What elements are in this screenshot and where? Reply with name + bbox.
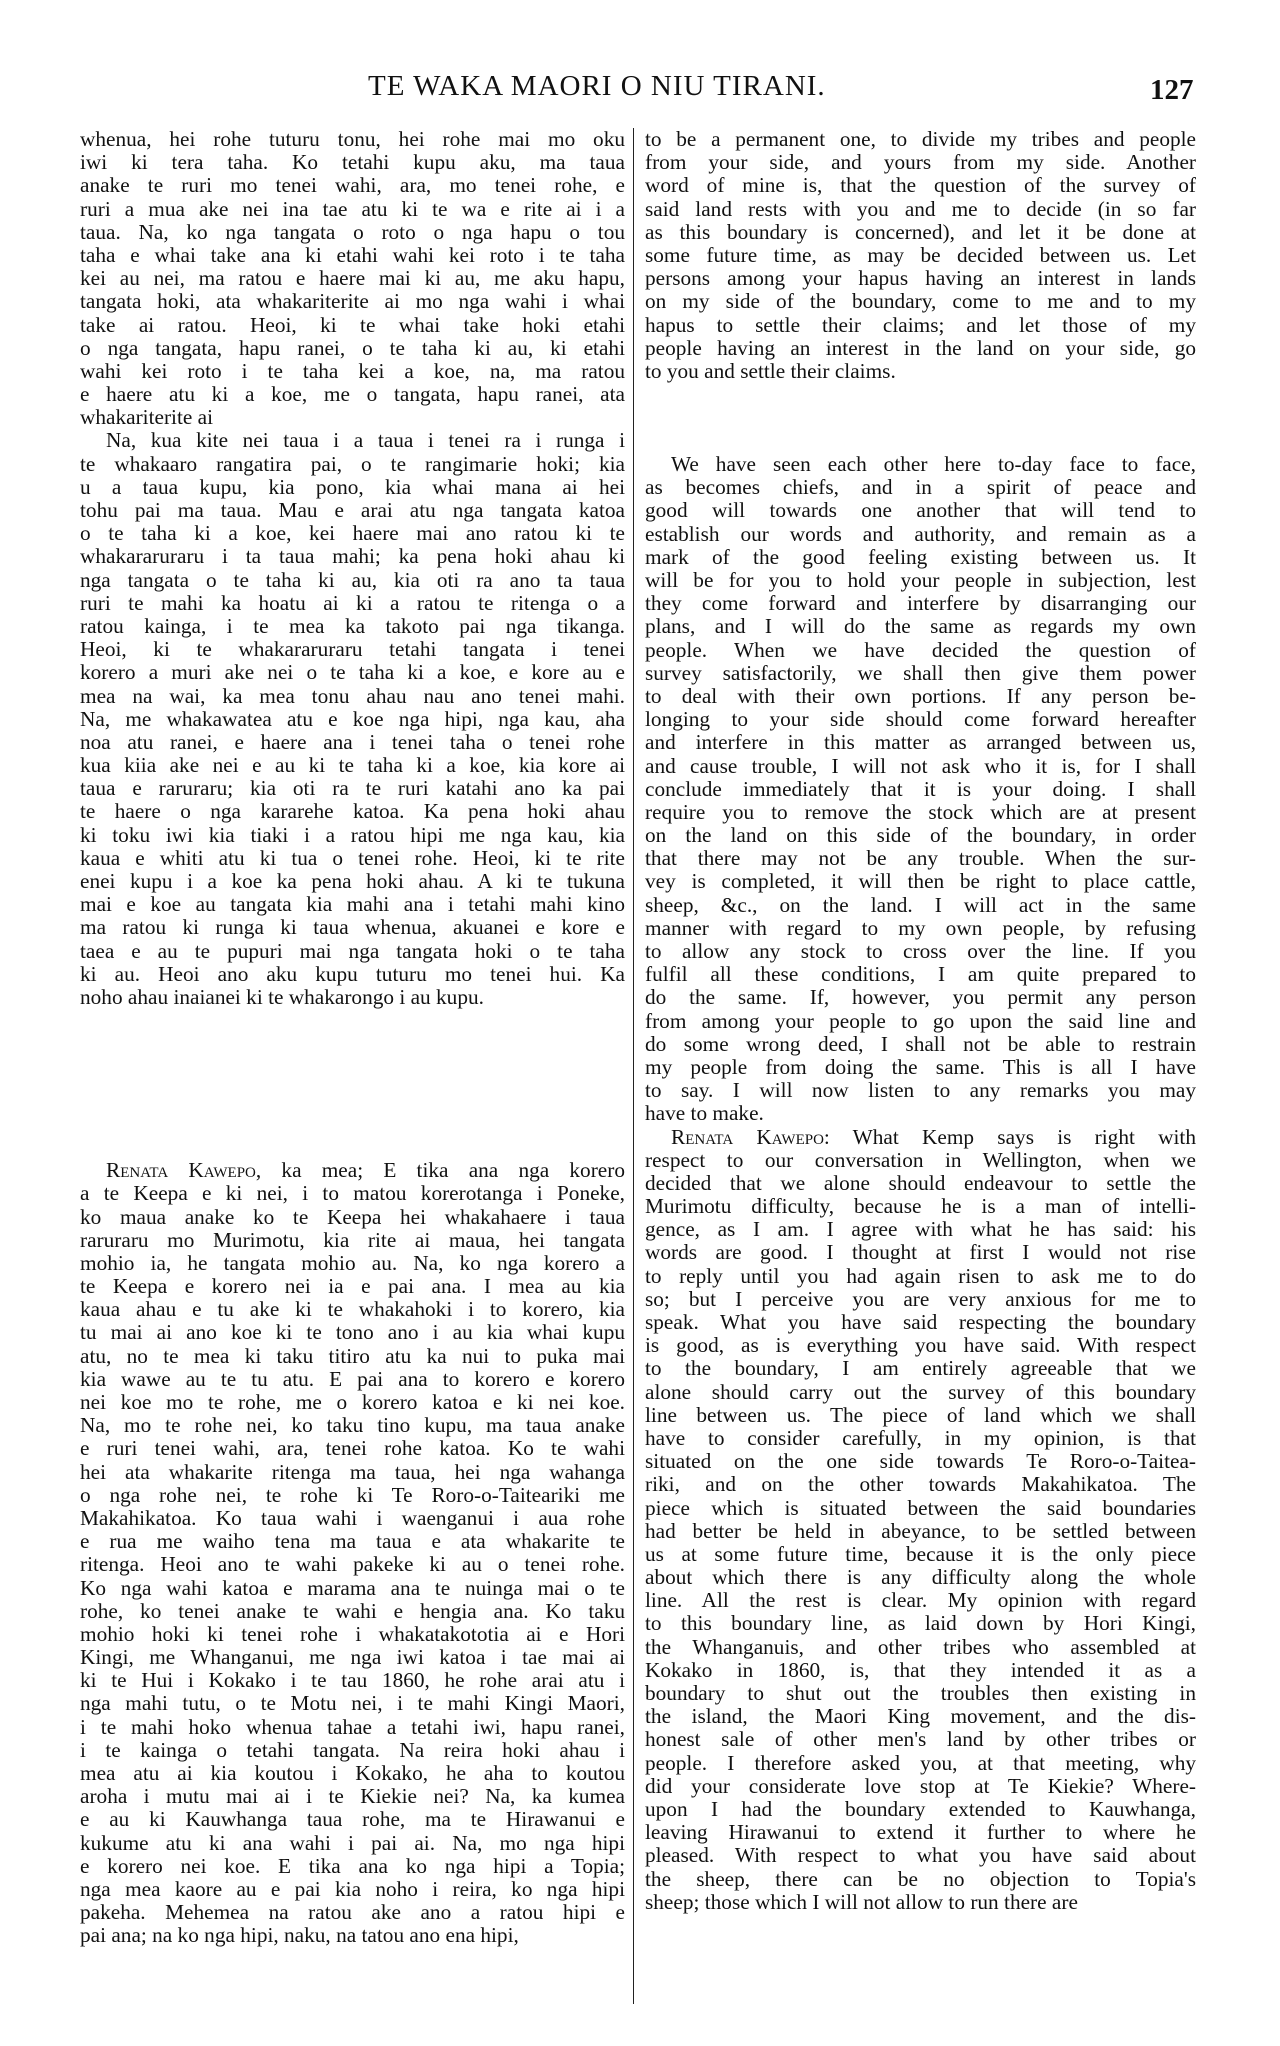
text-line: taea e au te pupuri mai nga tangata hoki… (80, 940, 625, 963)
text-line: noa atu ranei, e haere ana i tenei taha … (80, 731, 625, 754)
text-line: whakariterite ai (80, 406, 625, 429)
text-line: nei koe mo te rohe, me o korero katoa e … (80, 1391, 625, 1414)
text-line: to the boundary, I am entirely agreeable… (645, 1357, 1196, 1380)
text-line: kia wawe au te tu atu. E pai ana to kore… (80, 1368, 625, 1391)
text-line: anake te ruri mo tenei wahi, ara, mo ten… (80, 174, 625, 197)
text-line: ruri a mua ake nei ina tae atu ki te wa … (80, 198, 625, 221)
text-line: mark of the good feeling existing betwee… (645, 546, 1196, 569)
text-line: to deal with their own portions. If any … (645, 685, 1196, 708)
text-line: on my side of the boundary, come to me a… (645, 290, 1196, 313)
text-line: Renata Kawepo: What Kemp says is right w… (645, 1126, 1196, 1149)
text-line: e korero nei koe. E tika ana ko nga hipi… (80, 1855, 625, 1878)
text-line: take ai ratou. Heoi, ki te whai take hok… (80, 314, 625, 337)
text-line: te Keepa e korero nei ia e pai ana. I me… (80, 1275, 625, 1298)
text-line: my people from doing the same. This is a… (645, 1056, 1196, 1079)
text-line: establish our words and authority, and r… (645, 523, 1196, 546)
text-line: i te kainga o tetahi tangata. Na reira h… (80, 1739, 625, 1762)
text-line: the island, the Maori King movement, and… (645, 1705, 1196, 1728)
text-line: situated on the one side towards Te Roro… (645, 1450, 1196, 1473)
text-line: will be for you to hold your people in s… (645, 569, 1196, 592)
text-line: mohio ia, he tangata mohio au. Na, ko ng… (80, 1252, 625, 1275)
text-line: e au ki Kauwhanga taua rohe, ma te Hiraw… (80, 1808, 625, 1831)
text-line: mea atu ai kia koutou i Kokako, he aha t… (80, 1762, 625, 1785)
text-line: that there may not be any trouble. When … (645, 847, 1196, 870)
text-line: We have seen each other here to-day face… (645, 453, 1196, 476)
text-line: hapus to settle their claims; and let th… (645, 314, 1196, 337)
text-line: kaua e whiti atu ki tua o tenei rohe. He… (80, 847, 625, 870)
text-line: ma ratou ki runga ki taua whenua, akuane… (80, 916, 625, 939)
text-line: speak. What you have said respecting the… (645, 1311, 1196, 1334)
text-line: Kokako in 1860, is, that they intended i… (645, 1659, 1196, 1682)
text-line: and cause trouble, I will not ask who it… (645, 755, 1196, 778)
text-line: tohu pai ma taua. Mau e arai atu nga tan… (80, 499, 625, 522)
text-line: kei au nei, ma ratou e haere mai ki au, … (80, 267, 625, 290)
text-line: ki te Hui i Kokako i te tau 1860, he roh… (80, 1669, 625, 1692)
text-line: survey satisfactorily, we shall then giv… (645, 662, 1196, 685)
page-number: 127 (1150, 74, 1194, 107)
text-line: alone should carry out the survey of thi… (645, 1381, 1196, 1404)
text-line: from your side, and yours from my side. … (645, 151, 1196, 174)
text-line: ratou kainga, i te mea ka takoto pai nga… (80, 615, 625, 638)
text-line: conclude immediately that it is your doi… (645, 778, 1196, 801)
text-line: to allow any stock to cross over the lin… (645, 940, 1196, 963)
blank-space (645, 383, 1196, 453)
text-line: tu mai ai ano koe ki te tono ano i au ki… (80, 1321, 625, 1344)
text-line: Renata Kawepo, ka mea; E tika ana nga ko… (80, 1159, 625, 1182)
text-line: had better be held in abeyance, to be se… (645, 1520, 1196, 1543)
text-line: manner with regard to my own people, by … (645, 917, 1196, 940)
text-line: us at some future time, because it is th… (645, 1543, 1196, 1566)
text-line: to reply until you had again risen to as… (645, 1265, 1196, 1288)
text-line: persons among your hapus having an inter… (645, 267, 1196, 290)
text-line: pleased. With respect to what you have s… (645, 1844, 1196, 1867)
text-line: o te taha ki a koe, kei haere mai ano ra… (80, 522, 625, 545)
text-line: kaua ahau e tu ake ki te whakahoki i to … (80, 1298, 625, 1321)
speaker-name: Renata Kawepo (671, 1125, 824, 1149)
text-line: require you to remove the stock which ar… (645, 801, 1196, 824)
text-line: e ruri tenei wahi, ara, tenei rohe katoa… (80, 1437, 625, 1460)
text-line: Na, mo te rohe nei, ko taku tino kupu, m… (80, 1414, 625, 1437)
text-line: taha e whai take ana ki etahi wahi kei r… (80, 244, 625, 267)
text-line: word of mine is, that the question of th… (645, 174, 1196, 197)
text-line: taua e raruraru; kia oti ra te ruri kata… (80, 777, 625, 800)
text-line: noho ahau inaianei ki te whakarongo i au… (80, 986, 625, 1009)
text-line: as becomes chiefs, and in a spirit of pe… (645, 476, 1196, 499)
text-line: mohio hoki ki tenei rohe i whakatakototi… (80, 1623, 625, 1646)
text-line: to you and settle their claims. (645, 360, 1196, 383)
text-line: e rua me waiho tena ma taua e ata whakar… (80, 1530, 625, 1553)
text-line: boundary to shut out the troubles then e… (645, 1682, 1196, 1705)
text-line: nga tangata o te taha ki au, kia oti ra … (80, 569, 625, 592)
text-line: do some wrong deed, I shall not be able … (645, 1033, 1196, 1056)
text-line: leaving Hirawanui to extend it further t… (645, 1821, 1196, 1844)
speech-text: : What Kemp says is right with (824, 1125, 1196, 1149)
text-line: enei kupu i a koe ka pena hoki ahau. A k… (80, 870, 625, 893)
text-line: from among your people to go upon the sa… (645, 1010, 1196, 1033)
text-line: they come forward and interfere by disar… (645, 592, 1196, 615)
text-line: aroha i mutu mai ai i te Kiekie nei? Na,… (80, 1785, 625, 1808)
publication-title: TE WAKA MAORI O NIU TIRANI. (368, 70, 826, 103)
text-line: o nga rohe nei, te rohe ki Te Roro-o-Tai… (80, 1484, 625, 1507)
text-line: longing to your side should come forward… (645, 708, 1196, 731)
paragraph-continued: to be a permanent one, to divide my trib… (645, 128, 1196, 383)
text-line: ruri te mahi ka hoatu ai ki a ratou te r… (80, 592, 625, 615)
text-line: have to make. (645, 1102, 1196, 1125)
text-line: and interfere in this matter as arranged… (645, 731, 1196, 754)
text-line: to this boundary line, as laid down by H… (645, 1612, 1196, 1635)
text-line: kua kiia ake nei e au ki te taha ki a ko… (80, 754, 625, 777)
text-line: o nga tangata, hapu ranei, o te taha ki … (80, 337, 625, 360)
text-line: i te mahi hoko whenua tahae a tetahi iwi… (80, 1716, 625, 1739)
text-line: piece which is situated between the said… (645, 1497, 1196, 1520)
text-line: Heoi, ki te whakararuraru tetahi tangata… (80, 638, 625, 661)
paragraph: We have seen each other here to-day face… (645, 453, 1196, 1125)
text-line: line between us. The piece of land which… (645, 1404, 1196, 1427)
text-line: riki, and on the other towards Makahikat… (645, 1473, 1196, 1496)
text-line: whenua, hei rohe tuturu tonu, hei rohe m… (80, 128, 625, 151)
text-line: to be a permanent one, to divide my trib… (645, 128, 1196, 151)
text-line: fulfil all these conditions, I am quite … (645, 963, 1196, 986)
paragraph-renata-kawepo: Renata Kawepo: What Kemp says is right w… (645, 1126, 1196, 1914)
speaker-name: Renata Kawepo (106, 1158, 256, 1182)
text-line: ko maua anake ko te Keepa hei whakahaere… (80, 1206, 625, 1229)
text-line: Makahikatoa. Ko taua wahi i waenganui i … (80, 1507, 625, 1530)
page-header: TE WAKA MAORI O NIU TIRANI. 127 (0, 70, 1280, 110)
text-line: Kingi, me Whanganui, me nga iwi katoa i … (80, 1646, 625, 1669)
text-line: have to consider carefully, in my opinio… (645, 1427, 1196, 1450)
text-line: about which there is any difficulty alon… (645, 1566, 1196, 1589)
text-line: hei ata whakarite ritenga ma taua, hei n… (80, 1461, 625, 1484)
text-line: decided that we alone should endeavour t… (645, 1172, 1196, 1195)
text-line: taua. Na, ko nga tangata o roto o nga ha… (80, 221, 625, 244)
text-line: words are good. I thought at first I wou… (645, 1241, 1196, 1264)
text-line: some future time, as may be decided betw… (645, 244, 1196, 267)
text-line: u a taua kupu, kia pono, kia whai mana a… (80, 476, 625, 499)
text-line: nga mahi tutu, o te Motu nei, i te mahi … (80, 1692, 625, 1715)
text-line: on the land on this side of the boundary… (645, 824, 1196, 847)
text-line: mai e koe au tangata kia mahi ana i teta… (80, 893, 625, 916)
left-column-maori: whenua, hei rohe tuturu tonu, hei rohe m… (80, 128, 625, 1948)
text-line: the Whanganuis, and other tribes who ass… (645, 1636, 1196, 1659)
right-column-english: to be a permanent one, to divide my trib… (645, 128, 1196, 1914)
text-line: Ko nga wahi katoa e marama ana te nuinga… (80, 1577, 625, 1600)
text-line: people. When we have decided the questio… (645, 639, 1196, 662)
paragraph-continued: whenua, hei rohe tuturu tonu, hei rohe m… (80, 128, 625, 429)
text-line: so; but I perceive you are very anxious … (645, 1288, 1196, 1311)
text-line: e haere atu ki a koe, me o tangata, hapu… (80, 383, 625, 406)
text-line: kukume atu ki ana wahi i pai ai. Na, mo … (80, 1832, 625, 1855)
speech-text: , ka mea; E tika ana nga korero (256, 1158, 625, 1182)
text-line: rohe, ko tenei anake te wahi e hengia an… (80, 1600, 625, 1623)
text-line: sheep; those which I will not allow to r… (645, 1891, 1196, 1914)
text-line: ritenga. Heoi ano te wahi pakeke ki au o… (80, 1553, 625, 1576)
text-line: iwi ki tera taha. Ko tetahi kupu aku, ma… (80, 151, 625, 174)
text-line: tangata hoki, ata whakariterite ai mo ng… (80, 290, 625, 313)
text-line: to say. I will now listen to any remarks… (645, 1079, 1196, 1102)
text-line: Na, kua kite nei taua i a taua i tenei r… (80, 429, 625, 452)
text-line: good will towards one another that will … (645, 499, 1196, 522)
paragraph: Na, kua kite nei taua i a taua i tenei r… (80, 429, 625, 1009)
text-line: te whakaaro rangatira pai, o te rangimar… (80, 453, 625, 476)
text-line: wahi kei roto i te taha kei a koe, na, m… (80, 360, 625, 383)
text-line: people having an interest in the land on… (645, 337, 1196, 360)
text-line: pai ana; na ko nga hipi, naku, na tatou … (80, 1924, 625, 1947)
text-line: whakararuraru i ta taua mahi; ka pena ho… (80, 545, 625, 568)
text-line: korero a muri ake nei o te taha ki a koe… (80, 661, 625, 684)
text-line: people. I therefore asked you, at that m… (645, 1752, 1196, 1775)
text-line: is good, as is everything you have said.… (645, 1334, 1196, 1357)
text-line: upon I had the boundary extended to Kauw… (645, 1798, 1196, 1821)
text-line: mea na wai, ka mea tonu ahau nau ano ten… (80, 685, 625, 708)
text-line: Na, me whakawatea atu e koe nga hipi, ng… (80, 708, 625, 731)
text-line: ki toku iwi kia tiaki i a ratou hipi me … (80, 824, 625, 847)
paragraph-renata-kawepo: Renata Kawepo, ka mea; E tika ana nga ko… (80, 1159, 625, 1947)
text-line: line. All the rest is clear. My opinion … (645, 1589, 1196, 1612)
text-line: as this boundary is concerned), and let … (645, 221, 1196, 244)
text-line: pakeha. Mehemea na ratou ake ano a ratou… (80, 1901, 625, 1924)
text-line: the sheep, there can be no objection to … (645, 1868, 1196, 1891)
text-line: plans, and I will do the same as regards… (645, 615, 1196, 638)
text-line: nga mea kaore au e pai kia noho i reira,… (80, 1878, 625, 1901)
text-line: respect to our conversation in Wellingto… (645, 1149, 1196, 1172)
text-line: ki au. Heoi ano aku kupu tuturu mo tenei… (80, 963, 625, 986)
text-line: do the same. If, however, you permit any… (645, 986, 1196, 1009)
text-line: gence, as I am. I agree with what he has… (645, 1218, 1196, 1241)
text-line: honest sale of other men's land by other… (645, 1728, 1196, 1751)
column-divider (633, 128, 634, 2004)
text-line: te haere o nga kararehe katoa. Ka pena h… (80, 800, 625, 823)
blank-space (80, 1009, 625, 1159)
text-line: raruraru mo Murimotu, kia rite ai maua, … (80, 1229, 625, 1252)
text-line: atu, no te mea ki taku titiro atu ka nui… (80, 1345, 625, 1368)
text-line: sheep, &c., on the land. I will act in t… (645, 894, 1196, 917)
text-line: Murimotu difficulty, because he is a man… (645, 1195, 1196, 1218)
text-line: did your considerate love stop at Te Kie… (645, 1775, 1196, 1798)
text-line: vey is completed, it will then be right … (645, 870, 1196, 893)
text-line: a te Keepa e ki nei, i to matou korerota… (80, 1182, 625, 1205)
text-line: said land rests with you and me to decid… (645, 198, 1196, 221)
